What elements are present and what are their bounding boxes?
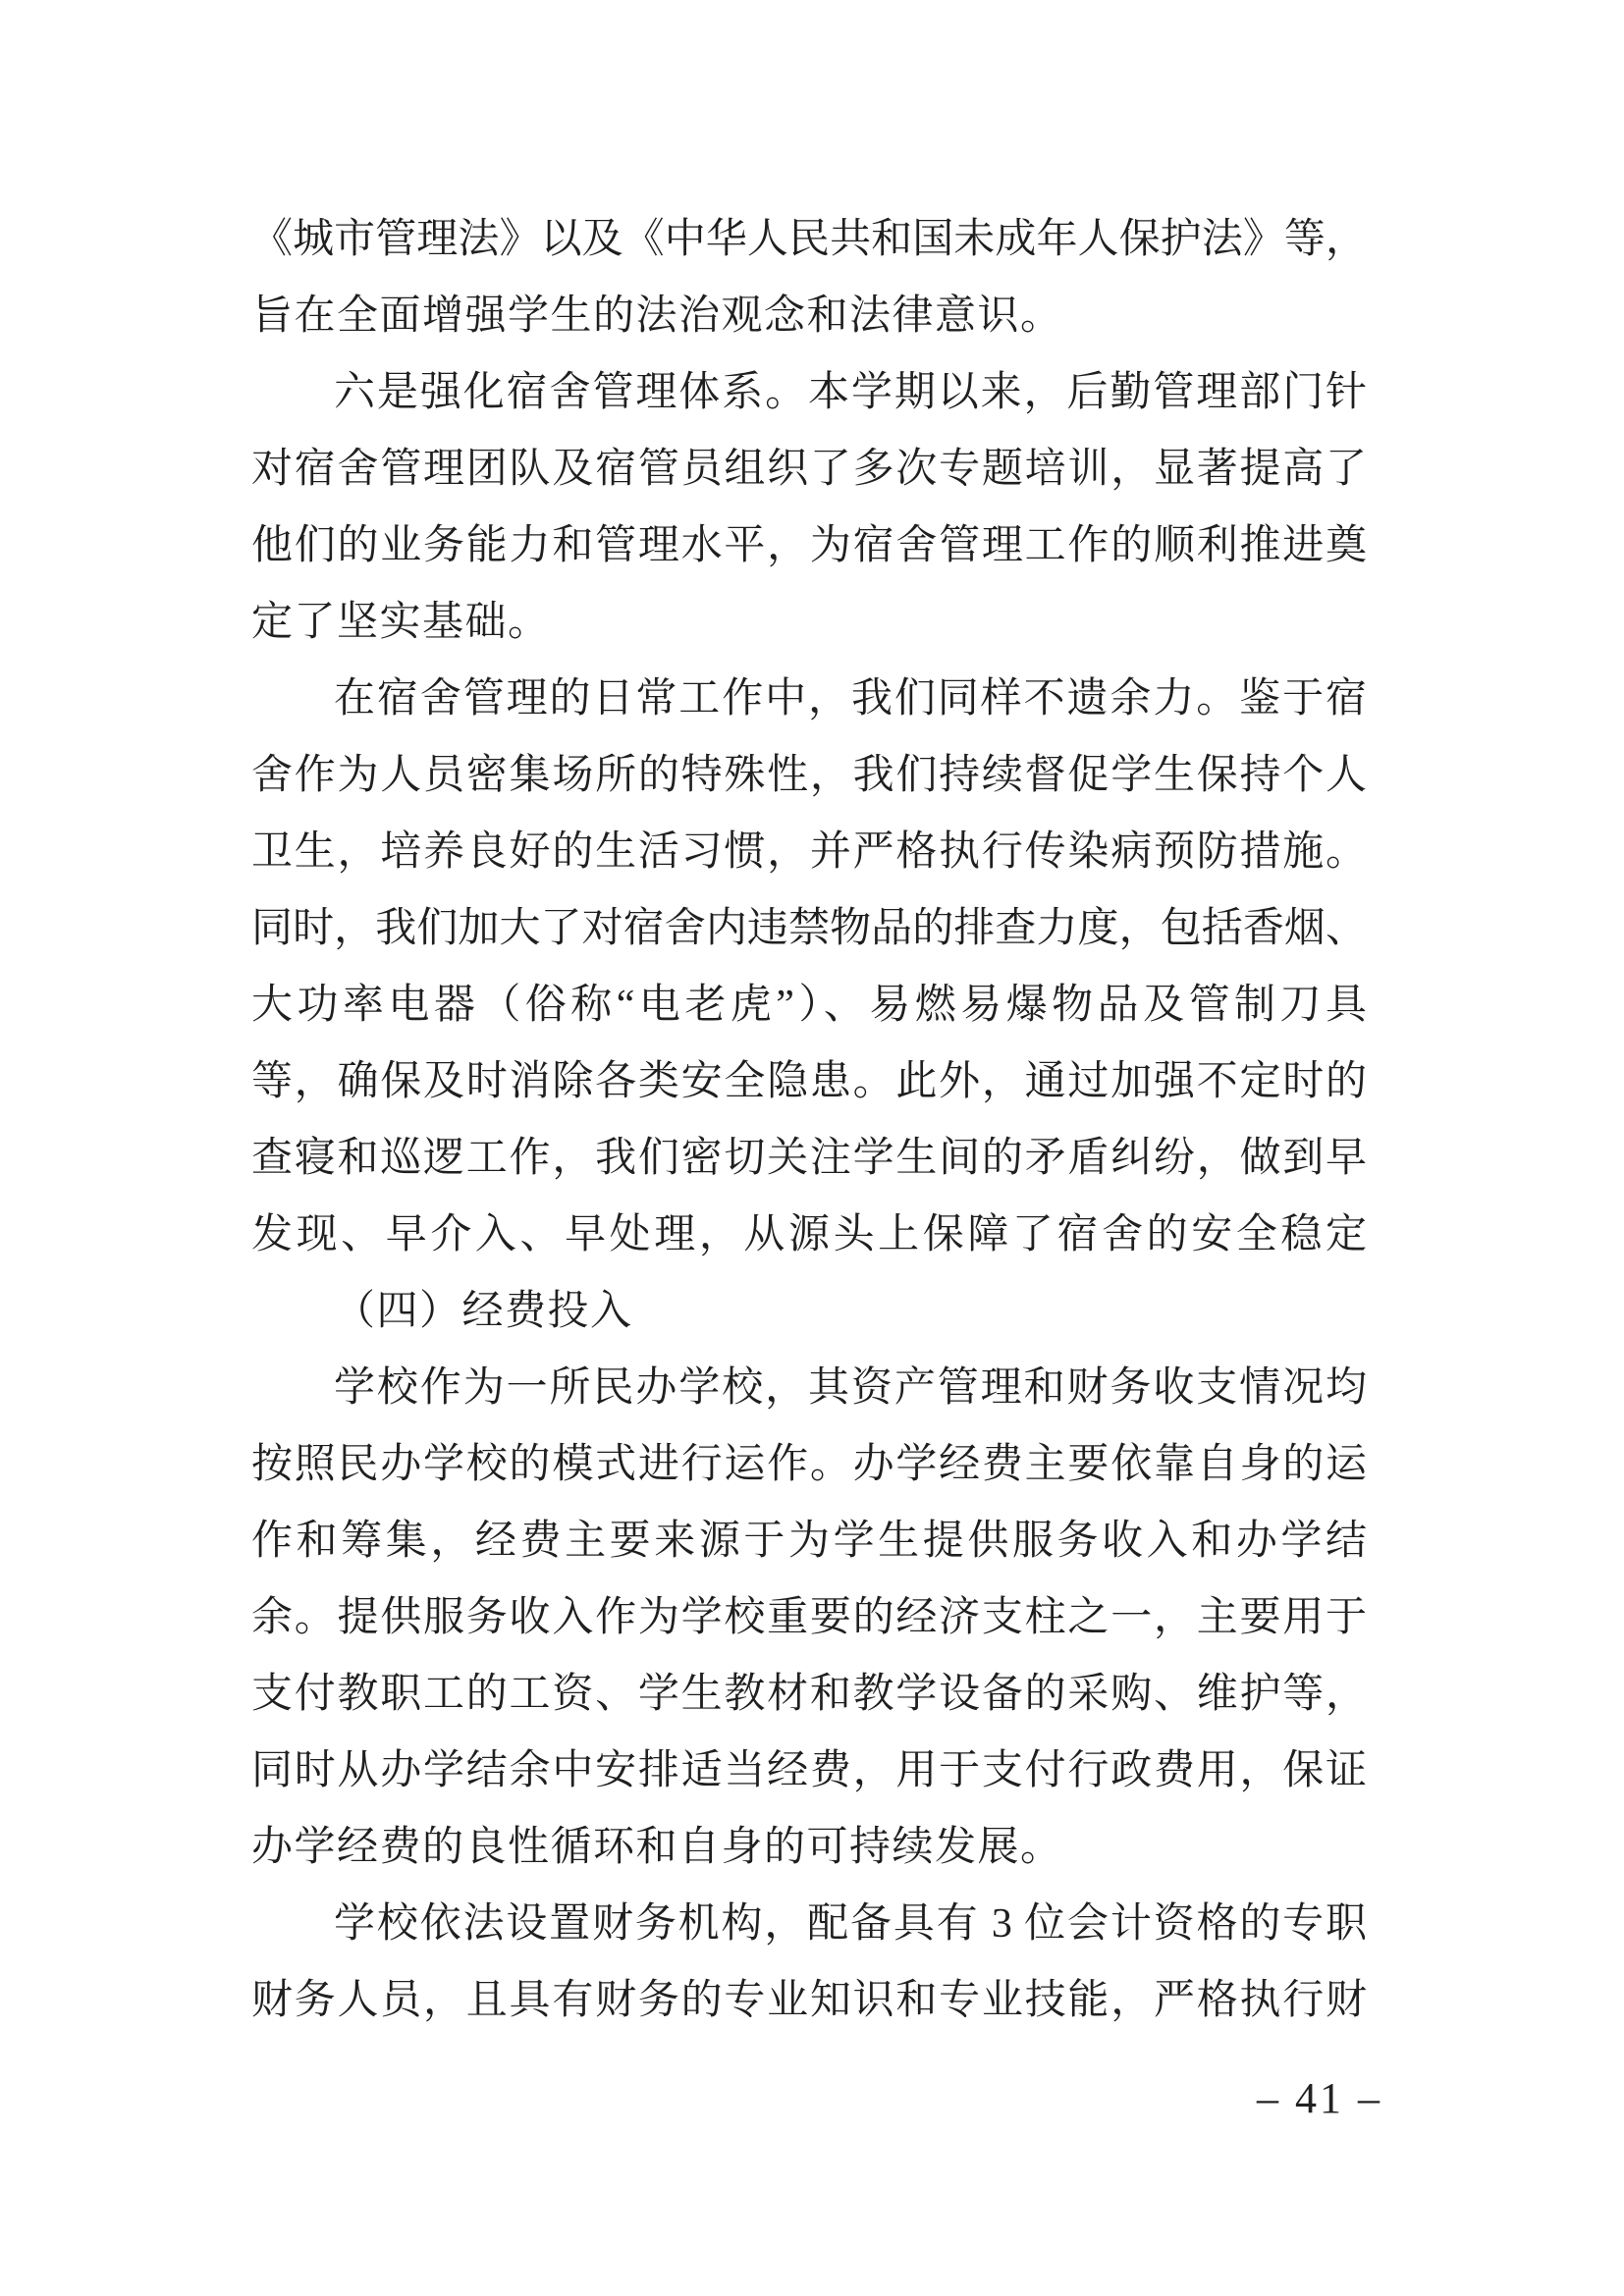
text-line: 发现、早介入、早处理，从源头上保障了宿舍的安全稳定 <box>251 1197 1367 1273</box>
text-line: 等，确保及时消除各类安全隐患。此外，通过加强不定时的 <box>251 1043 1367 1120</box>
text-line: 学校依法设置财务机构，配备具有 3 位会计资格的专职 <box>251 1886 1367 1962</box>
text-line: 查寝和巡逻工作，我们密切关注学生间的矛盾纠纷，做到早 <box>251 1120 1367 1197</box>
text-line: 旨在全面增强学生的法治观念和法律意识。 <box>251 278 1367 354</box>
text-line: 《城市管理法》以及《中华人民共和国未成年人保护法》等， <box>251 201 1367 278</box>
text-line: 学校作为一所民办学校，其资产管理和财务收支情况均 <box>251 1350 1367 1426</box>
section-heading: （四）经费投入 <box>251 1273 1367 1350</box>
text-line: 六是强化宿舍管理体系。本学期以来，后勤管理部门针 <box>251 354 1367 431</box>
text-line: 余。提供服务收入作为学校重要的经济支柱之一，主要用于 <box>251 1579 1367 1656</box>
text-line: 同时，我们加大了对宿舍内违禁物品的排查力度，包括香烟、 <box>251 890 1367 967</box>
text-line: 支付教职工的工资、学生教材和教学设备的采购、维护等， <box>251 1656 1367 1733</box>
text-line: 同时从办学结余中安排适当经费，用于支付行政费用，保证 <box>251 1733 1367 1809</box>
text-line: 舍作为人员密集场所的特殊性，我们持续督促学生保持个人 <box>251 737 1367 814</box>
paragraph: 学校作为一所民办学校，其资产管理和财务收支情况均 按照民办学校的模式进行运作。办… <box>251 1350 1367 1886</box>
page-number: – 41 – <box>1257 2073 1382 2124</box>
text-line: 在宿舍管理的日常工作中，我们同样不遗余力。鉴于宿 <box>251 661 1367 737</box>
text-line: 大功率电器（俗称“电老虎”）、易燃易爆物品及管制刀具 <box>251 967 1367 1043</box>
paragraph: 六是强化宿舍管理体系。本学期以来，后勤管理部门针 对宿舍管理团队及宿管员组织了多… <box>251 354 1367 661</box>
document-page: 《城市管理法》以及《中华人民共和国未成年人保护法》等， 旨在全面增强学生的法治观… <box>0 0 1624 2296</box>
text-line: 按照民办学校的模式进行运作。办学经费主要依靠自身的运 <box>251 1426 1367 1503</box>
text-line: 办学经费的良性循环和自身的可持续发展。 <box>251 1809 1367 1886</box>
paragraph: 学校依法设置财务机构，配备具有 3 位会计资格的专职 财务人员，且具有财务的专业… <box>251 1886 1367 2039</box>
text-line: 他们的业务能力和管理水平，为宿舍管理工作的顺利推进奠 <box>251 507 1367 584</box>
text-line: 财务人员，且具有财务的专业知识和专业技能，严格执行财 <box>251 1962 1367 2039</box>
text-line: 定了坚实基础。 <box>251 584 1367 661</box>
paragraph: 在宿舍管理的日常工作中，我们同样不遗余力。鉴于宿 舍作为人员密集场所的特殊性，我… <box>251 661 1367 1273</box>
paragraph: 《城市管理法》以及《中华人民共和国未成年人保护法》等， 旨在全面增强学生的法治观… <box>251 201 1367 354</box>
heading-line: （四）经费投入 <box>251 1273 1367 1350</box>
text-line: 对宿舍管理团队及宿管员组织了多次专题培训，显著提高了 <box>251 431 1367 507</box>
document-body: 《城市管理法》以及《中华人民共和国未成年人保护法》等， 旨在全面增强学生的法治观… <box>251 201 1367 2039</box>
text-line: 卫生，培养良好的生活习惯，并严格执行传染病预防措施。 <box>251 814 1367 890</box>
text-line: 作和筹集，经费主要来源于为学生提供服务收入和办学结 <box>251 1503 1367 1579</box>
